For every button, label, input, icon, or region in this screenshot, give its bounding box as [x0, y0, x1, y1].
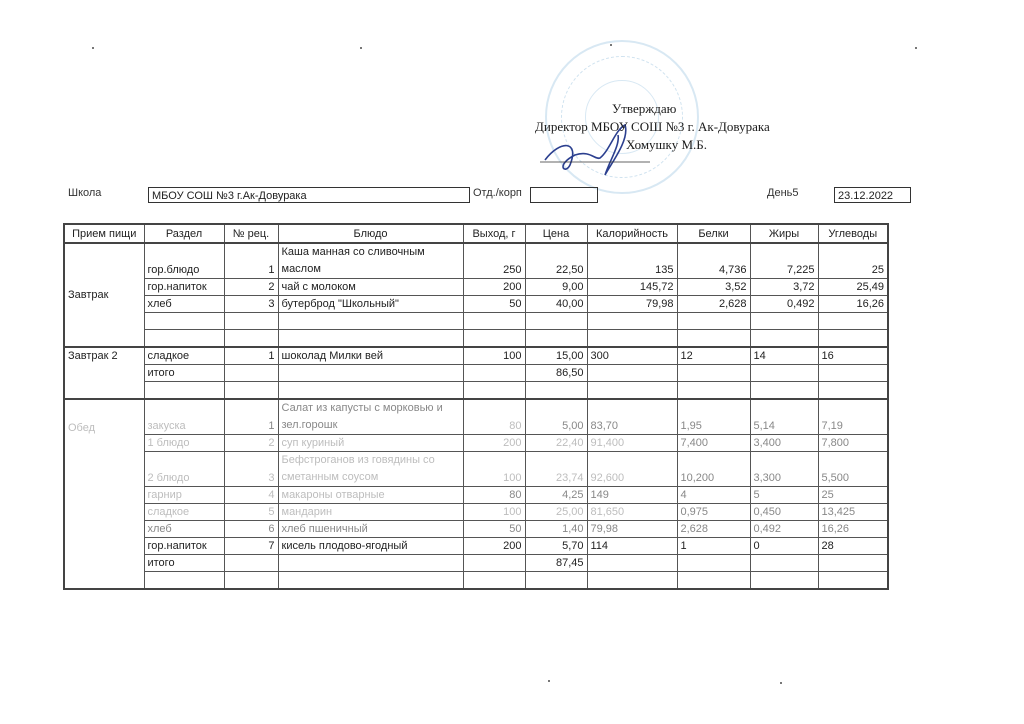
table-row: хлеб 6 хлеб пшеничный 50 1,40 79,98 2,62… — [64, 521, 888, 538]
cell-kcal: 92,600 — [587, 452, 677, 487]
cell-price: 22,40 — [525, 435, 587, 452]
cell-protein: 4 — [677, 487, 750, 504]
cell-carbs: 16,26 — [818, 521, 888, 538]
col-protein: Белки — [677, 224, 750, 243]
cell-section: сладкое — [144, 347, 224, 365]
cell-price: 5,70 — [525, 538, 587, 555]
cell-kcal: 83,70 — [587, 399, 677, 435]
approval-title: Утверждаю — [530, 100, 790, 118]
cell-yield: 50 — [463, 521, 525, 538]
cell-recipe: 3 — [224, 296, 278, 313]
menu-table: Прием пищи Раздел № рец. Блюдо Выход, г … — [63, 223, 889, 590]
cell-fat: 3,400 — [750, 435, 818, 452]
approval-name: Хомушку М.Б. — [530, 136, 790, 154]
cell-protein: 0,975 — [677, 504, 750, 521]
cell-carbs: 28 — [818, 538, 888, 555]
cell-carbs: 16,26 — [818, 296, 888, 313]
table-header-row: Прием пищи Раздел № рец. Блюдо Выход, г … — [64, 224, 888, 243]
dept-field[interactable] — [530, 187, 598, 203]
cell-protein: 10,200 — [677, 452, 750, 487]
cell-yield: 50 — [463, 296, 525, 313]
cell-section: гор.напиток — [144, 538, 224, 555]
meal-lunch: Обед — [64, 399, 144, 589]
cell-yield: 100 — [463, 452, 525, 487]
table-row: хлеб 3 бутерброд "Школьный" 50 40,00 79,… — [64, 296, 888, 313]
cell-fat: 0 — [750, 538, 818, 555]
cell-section: хлеб — [144, 296, 224, 313]
approval-position: Директор МБОУ СОШ №3 г. Ак-Довурака — [530, 118, 790, 136]
cell-yield: 250 — [463, 243, 525, 279]
total-label: итого — [144, 555, 224, 572]
cell-price: 25,00 — [525, 504, 587, 521]
table-row-empty — [64, 330, 888, 348]
table-row: гор.напиток 7 кисель плодово-ягодный 200… — [64, 538, 888, 555]
total-row: итого 86,50 — [64, 365, 888, 382]
total-price: 86,50 — [525, 365, 587, 382]
cell-recipe: 1 — [224, 399, 278, 435]
cell-section: хлеб — [144, 521, 224, 538]
cell-carbs: 25 — [818, 487, 888, 504]
cell-kcal: 79,98 — [587, 521, 677, 538]
cell-carbs: 16 — [818, 347, 888, 365]
cell-recipe: 1 — [224, 243, 278, 279]
cell-fat: 0,492 — [750, 296, 818, 313]
table-row: гор.напиток 2 чай с молоком 200 9,00 145… — [64, 279, 888, 296]
cell-dish: Бефстроганов из говядины со сметанным со… — [278, 452, 463, 487]
cell-kcal: 135 — [587, 243, 677, 279]
cell-yield: 200 — [463, 435, 525, 452]
date-field[interactable]: 23.12.2022 — [834, 187, 911, 203]
cell-carbs: 25,49 — [818, 279, 888, 296]
table-row-empty — [64, 572, 888, 590]
meal-breakfast-2: Завтрак 2 — [64, 347, 144, 399]
cell-yield: 80 — [463, 487, 525, 504]
cell-carbs: 25 — [818, 243, 888, 279]
cell-dish: макароны отварные — [278, 487, 463, 504]
cell-kcal: 81,650 — [587, 504, 677, 521]
cell-protein: 1,95 — [677, 399, 750, 435]
table-row: Завтрак 2 сладкое 1 шоколад Милки вей 10… — [64, 347, 888, 365]
cell-recipe: 1 — [224, 347, 278, 365]
cell-dish: Каша манная со сливочным маслом — [278, 243, 463, 279]
cell-price: 23,74 — [525, 452, 587, 487]
cell-kcal: 300 — [587, 347, 677, 365]
col-yield: Выход, г — [463, 224, 525, 243]
cell-dish: мандарин — [278, 504, 463, 521]
cell-recipe: 4 — [224, 487, 278, 504]
cell-carbs: 13,425 — [818, 504, 888, 521]
table-row: сладкое 5 мандарин 100 25,00 81,650 0,97… — [64, 504, 888, 521]
total-price: 87,45 — [525, 555, 587, 572]
cell-section: гарнир — [144, 487, 224, 504]
dept-label: Отд./корп — [473, 187, 522, 199]
col-fat: Жиры — [750, 224, 818, 243]
cell-fat: 0,450 — [750, 504, 818, 521]
cell-carbs: 7,19 — [818, 399, 888, 435]
cell-yield: 80 — [463, 399, 525, 435]
cell-carbs: 7,800 — [818, 435, 888, 452]
cell-protein: 7,400 — [677, 435, 750, 452]
table-row: Завтрак гор.блюдо 1 Каша манная со сливо… — [64, 243, 888, 279]
cell-price: 15,00 — [525, 347, 587, 365]
cell-recipe: 6 — [224, 521, 278, 538]
col-meal: Прием пищи — [64, 224, 144, 243]
cell-kcal: 79,98 — [587, 296, 677, 313]
cell-section: гор.блюдо — [144, 243, 224, 279]
cell-dish: хлеб пшеничный — [278, 521, 463, 538]
cell-price: 5,00 — [525, 399, 587, 435]
cell-protein: 12 — [677, 347, 750, 365]
cell-price: 9,00 — [525, 279, 587, 296]
approval-block: Утверждаю Директор МБОУ СОШ №3 г. Ак-Дов… — [530, 100, 790, 154]
cell-section: 2 блюдо — [144, 452, 224, 487]
day-label: День5 — [767, 187, 799, 199]
cell-yield: 100 — [463, 504, 525, 521]
col-recipe: № рец. — [224, 224, 278, 243]
cell-yield: 200 — [463, 538, 525, 555]
cell-kcal: 149 — [587, 487, 677, 504]
cell-recipe: 3 — [224, 452, 278, 487]
table-row: гарнир 4 макароны отварные 80 4,25 149 4… — [64, 487, 888, 504]
cell-fat: 5 — [750, 487, 818, 504]
cell-recipe: 2 — [224, 279, 278, 296]
table-row-empty — [64, 313, 888, 330]
cell-dish: чай с молоком — [278, 279, 463, 296]
cell-kcal: 145,72 — [587, 279, 677, 296]
cell-price: 1,40 — [525, 521, 587, 538]
scan-speck — [915, 47, 917, 49]
cell-price: 22,50 — [525, 243, 587, 279]
total-row: итого 87,45 — [64, 555, 888, 572]
col-kcal: Калорийность — [587, 224, 677, 243]
cell-dish: Салат из капусты с морковью и зел.горошк — [278, 399, 463, 435]
cell-fat: 3,300 — [750, 452, 818, 487]
col-section: Раздел — [144, 224, 224, 243]
cell-protein: 1 — [677, 538, 750, 555]
table-row: Обед закуска 1 Салат из капусты с морков… — [64, 399, 888, 435]
cell-carbs: 5,500 — [818, 452, 888, 487]
cell-dish: бутерброд "Школьный" — [278, 296, 463, 313]
cell-protein: 2,628 — [677, 521, 750, 538]
cell-section: закуска — [144, 399, 224, 435]
scan-speck — [92, 47, 94, 49]
col-carbs: Углеводы — [818, 224, 888, 243]
table-row: 2 блюдо 3 Бефстроганов из говядины со см… — [64, 452, 888, 487]
col-dish: Блюдо — [278, 224, 463, 243]
cell-protein: 4,736 — [677, 243, 750, 279]
cell-fat: 0,492 — [750, 521, 818, 538]
cell-section: сладкое — [144, 504, 224, 521]
school-label: Школа — [68, 187, 101, 199]
cell-recipe: 5 — [224, 504, 278, 521]
cell-fat: 3,72 — [750, 279, 818, 296]
cell-yield: 100 — [463, 347, 525, 365]
cell-fat: 5,14 — [750, 399, 818, 435]
scan-speck — [780, 682, 782, 684]
table-row-empty — [64, 382, 888, 400]
table-row: 1 блюдо 2 суп куриный 200 22,40 91,400 7… — [64, 435, 888, 452]
cell-fat: 7,225 — [750, 243, 818, 279]
scan-speck — [360, 47, 362, 49]
scan-speck — [610, 44, 612, 46]
cell-price: 4,25 — [525, 487, 587, 504]
cell-price: 40,00 — [525, 296, 587, 313]
cell-dish: шоколад Милки вей — [278, 347, 463, 365]
col-price: Цена — [525, 224, 587, 243]
cell-section: гор.напиток — [144, 279, 224, 296]
cell-kcal: 91,400 — [587, 435, 677, 452]
cell-protein: 3,52 — [677, 279, 750, 296]
cell-fat: 14 — [750, 347, 818, 365]
cell-kcal: 114 — [587, 538, 677, 555]
cell-dish: кисель плодово-ягодный — [278, 538, 463, 555]
meal-breakfast: Завтрак — [64, 243, 144, 347]
scan-speck — [548, 680, 550, 682]
cell-yield: 200 — [463, 279, 525, 296]
cell-recipe: 2 — [224, 435, 278, 452]
cell-dish: суп куриный — [278, 435, 463, 452]
cell-section: 1 блюдо — [144, 435, 224, 452]
cell-recipe: 7 — [224, 538, 278, 555]
total-label: итого — [144, 365, 224, 382]
cell-protein: 2,628 — [677, 296, 750, 313]
school-field[interactable]: МБОУ СОШ №3 г.Ак-Довурака — [148, 187, 470, 203]
